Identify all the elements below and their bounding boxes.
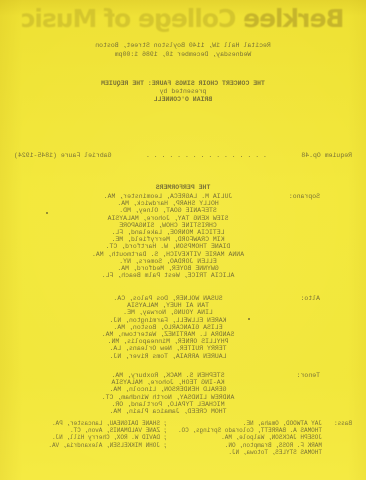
section-tenor: Tenor: STEPHEN S. MACK, Roxbury, MA.KA-I… (0, 372, 366, 417)
section-alto: Alto: SUSAN WOLNER, Dos Palos, CA.TAN AI… (0, 295, 366, 361)
date-line: Wednesday, December 10, 1986 1:00pm (0, 51, 366, 60)
performer-line: JULIA M. LAGRECA, Leominster, MA. (40, 193, 296, 200)
bass-separator (160, 449, 170, 456)
scanned-program-page: Berklee College of Music Recital Hall 1W… (0, 0, 366, 480)
performer-line: GWYNNE BOYER, Medford, MA. (40, 265, 296, 272)
section-label-tenor: Tenor: (297, 372, 320, 379)
performer-line: LETICIA MONROE, Lakeland, FL. (40, 229, 296, 236)
performer-line: GERALD HENDERSON, Lincoln, MA. (40, 386, 296, 393)
performer-line: ELISA GIANCARLO, Boston, MA. (40, 324, 296, 331)
tenor-names: STEPHEN S. MACK, Roxbury, MA.KA-ING TEOH… (40, 372, 296, 415)
section-label-alto: Alto: (300, 295, 320, 302)
mirrored-scan-layer: Berklee College of Music Recital Hall 1W… (0, 0, 366, 480)
bass-rows: JAY ATWOOD, Omaha, NE.;SHANE DAIGNEAU, L… (6, 420, 322, 456)
performer-line: SIEW KENG TAY, Johore, MALAYSIA (40, 215, 296, 222)
performer-line: HOLLY SHARP, Hardwick, MA. (40, 200, 296, 207)
performer-line: ALICIA TRICE, West Palm Beach, FL. (40, 272, 296, 279)
venue-line: Recital Hall 1W, 1140 Boylston Street, B… (0, 42, 366, 51)
performer-line: DIANE THOMPSON, W. Hartford, CT. (40, 243, 296, 250)
performer-line: SUSAN WOLNER, Dos Palos, CA. (40, 295, 296, 302)
bass-right-name: DAVID W. ROX, Cherry Hill, NJ. (6, 434, 160, 441)
logo-word-berklee: Berklee (244, 4, 344, 33)
alto-names: SUSAN WOLNER, Dos Palos, CA.TAN AI HUEY,… (40, 295, 296, 360)
bass-row: THOMAS STYLES, Totowa, NJ. (6, 449, 322, 456)
performer-line: STEPHEN S. MACK, Roxbury, MA. (40, 372, 296, 379)
scan-speck (248, 318, 250, 320)
performer-line: SANDRA L. MARTINEZ, Watertown, MA. (40, 331, 296, 338)
bass-separator: ; (160, 434, 170, 441)
performers-heading: THE PERFORMERS (0, 184, 366, 191)
bass-left-name: THOMAS A. BARRETT, Colorado Springs, CO. (170, 427, 322, 434)
berklee-logo: Berklee College of Music (0, 4, 366, 33)
bass-right-name (6, 449, 160, 456)
presenter-name: BRIAN O'CONNELL (0, 96, 366, 104)
title-block: THE CONCERT CHOIR SINGS FAURE: THE REQUI… (0, 80, 366, 104)
bass-right-name: ZANE VALDMANIS, Avon, CT. (6, 427, 160, 434)
bass-left-name: JAY ATWOOD, Omaha, NE. (170, 420, 322, 427)
bass-row: THOMAS A. BARRETT, Colorado Springs, CO.… (6, 427, 322, 434)
performer-line: ELLEN JORDAO, Somers, NY. (40, 258, 296, 265)
bass-right-name: SHANE DAIGNEAU, Lancaster, PA. (6, 420, 160, 427)
logo-word-college-of-music: College of Music (21, 4, 244, 33)
bass-left-name: MARK F. ROSS, Brampton, ON. (170, 442, 322, 449)
performer-line: ANDREW LINDSAY, North Windham, CT. (40, 394, 296, 401)
presented-by: presented by (0, 88, 366, 96)
bass-left-name: JOSEPH JACKSON, Walpole, MA. (170, 434, 322, 441)
soprano-names: JULIA M. LAGRECA, Leominster, MA.HOLLY S… (40, 193, 296, 279)
bass-separator: ; (160, 420, 170, 427)
performer-line: ANNA MARIE VITKEVICH, S. Dartmouth, MA. (40, 251, 296, 258)
performer-line: STEFANIE GOAT, Olney, MD. (40, 207, 296, 214)
performer-line: CHRISTINE CHOW, SINGAPORE (40, 222, 296, 229)
performer-line: TERRY RUITER, New Orleans, LA. (40, 345, 296, 352)
performer-line: TAN AI HUEY, MALAYSIA (40, 302, 296, 309)
performer-line: THOM CREED, Jamaica Plain, MA. (40, 408, 296, 415)
performer-line: KAREN ELLWELL, Farmington, NJ. (40, 317, 296, 324)
program-work: Requiem Op.48 (301, 152, 352, 159)
bass-row: MARK F. ROSS, Brampton, ON.;JOHN MIKKELS… (6, 442, 322, 449)
performer-line: PHYLLIS ORNER, Minneapolis, MN. (40, 338, 296, 345)
performer-line: LAUREN ARRAIA, Toms River, NJ. (40, 353, 296, 360)
performer-line: LINA YOUNG, Norway, ME. (40, 309, 296, 316)
bass-right-name: JOHN MIKKELSEN, Alexandria, VA. (6, 442, 160, 449)
program-composer: Gabriel Faure (1845-1924) (14, 152, 112, 159)
bass-separator: ; (160, 442, 170, 449)
concert-title: THE CONCERT CHOIR SINGS FAURE: THE REQUI… (0, 80, 366, 88)
performer-line: KA-ING TEOH, Johore, MALAYSIA (40, 379, 296, 386)
scan-speck (46, 212, 48, 214)
performer-line: KIM CRAWFORD, Merryfield, ME. (40, 236, 296, 243)
bass-separator: ; (160, 427, 170, 434)
bass-row: JOSEPH JACKSON, Walpole, MA.;DAVID W. RO… (6, 434, 322, 441)
venue-block: Recital Hall 1W, 1140 Boylston Street, B… (0, 42, 366, 59)
bass-left-name: THOMAS STYLES, Totowa, NJ. (170, 449, 322, 456)
section-label-bass: Bass: (334, 420, 352, 427)
program-line: Requiem Op.48 . . . . . . . . . . . . . … (14, 152, 352, 159)
section-bass: Bass: JAY ATWOOD, Omaha, NE.;SHANE DAIGN… (0, 420, 366, 458)
performer-line: MICHAEL TYPALO, Portland, OR. (40, 401, 296, 408)
program-dots: . . . . . . . . . . . . . . . . (116, 152, 298, 159)
section-soprano: Soprano: JULIA M. LAGRECA, Leominster, M… (0, 193, 366, 281)
bass-row: JAY ATWOOD, Omaha, NE.;SHANE DAIGNEAU, L… (6, 420, 322, 427)
